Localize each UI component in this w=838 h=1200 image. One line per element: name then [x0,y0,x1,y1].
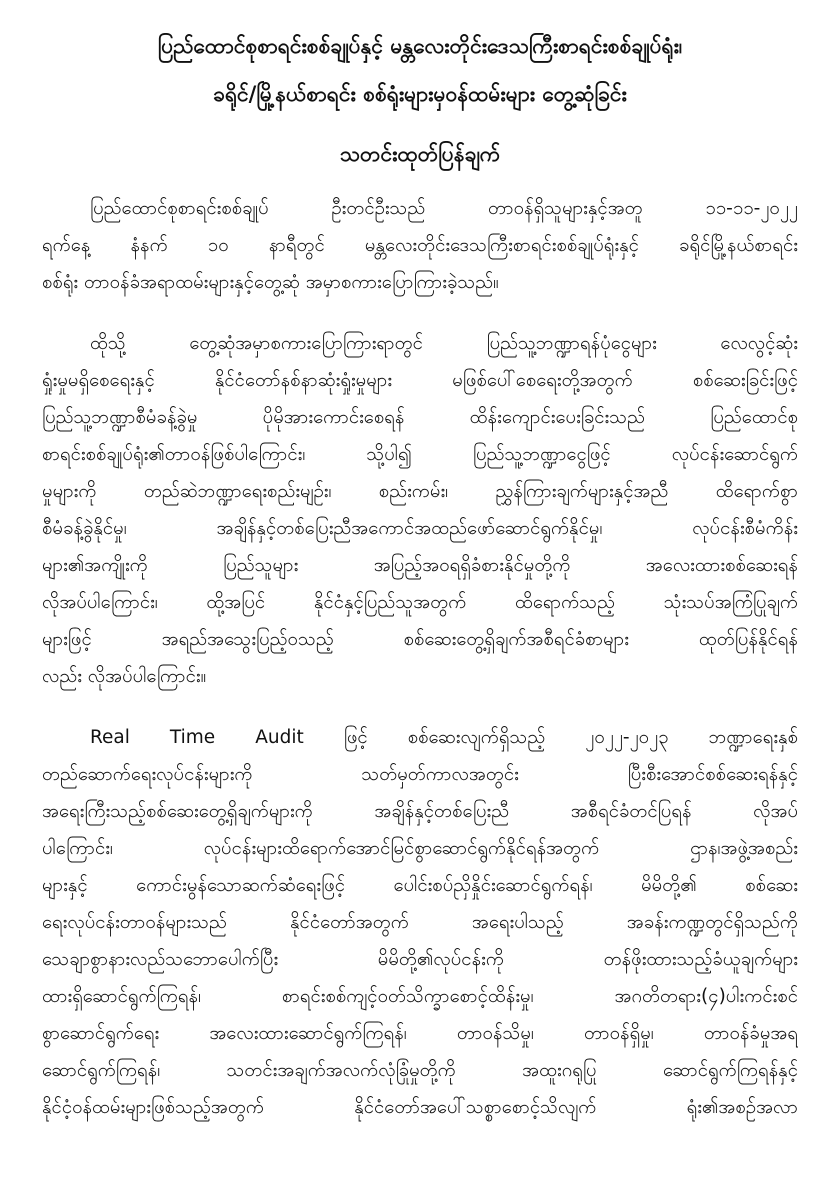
text-line: လိုအပ်ပါကြောင်း၊ ထို့အပြင် နိုင်ငံနှင့်ပ… [42,584,798,621]
text-line: ထိုသို့ တွေ့ဆုံအမှာစကားပြောကြားရာတွင် ပြ… [42,325,798,362]
text-line: အရေးကြီးသည့်စစ်ဆေးတွေ့ရှိချက်များကို အချ… [42,793,798,830]
text-line: ထားရှိဆောင်ရွက်ကြရန်၊ စာရင်းစစ်ကျင့်ဝတ်သ… [42,978,798,1015]
text-line: များနှင့် ကောင်းမွန်သောဆက်ဆံရေးဖြင့် ပေါ… [42,867,798,904]
press-release-heading: သတင်းထုတ်ပြန်ချက် [42,130,798,178]
text-line: ပြည်ထောင်စုစာရင်းစစ်ချုပ် ဦးတင်ဦးသည် တာဝ… [42,190,798,227]
text-line: စာရင်းစစ်ချုပ်ရုံး၏တာဝန်ဖြစ်ပါကြောင်း၊ သ… [42,436,798,473]
text-line: ပါကြောင်း၊ လုပ်ငန်းများထိရောက်အောင်မြင်စ… [42,830,798,867]
text-line: ရက်နေ့ နံနက် ၁၀ နာရီတွင် မန္တလေးတိုင်းဒေ… [42,227,798,264]
document-page: ပြည်ထောင်စုစာရင်းစစ်ချုပ်နှင့် မန္တလေးတိ… [0,0,838,1200]
paragraph-2: ထိုသို့ တွေ့ဆုံအမှာစကားပြောကြားရာတွင် ပြ… [42,325,798,695]
text-line: စီမံခန့်ခွဲနိုင်မှု၊ အချိန်နှင့်တစ်ပြေးည… [42,510,798,547]
text-line: ဆောင်ရွက်ကြရန်၊ သတင်းအချက်အလက်လုံခြုံမှု… [42,1052,798,1089]
text-line: များဖြင့် အရည်အသွေးပြည့်ဝသည့် စစ်ဆေးတွေ့… [42,621,798,658]
text-line: လည်း လိုအပ်ပါကြောင်း။ [42,658,798,695]
text-line: နိုင်ငံ့ဝန်ထမ်းများဖြစ်သည့်အတွက် နိုင်ငံ… [42,1089,798,1126]
text-line: သေချာစွာနားလည်သဘောပေါက်ပြီး မိမိတို့၏လုပ… [42,941,798,978]
document-title: ပြည်ထောင်စုစာရင်းစစ်ချုပ်နှင့် မန္တလေးတိ… [42,0,798,118]
paragraph-1: ပြည်ထောင်စုစာရင်းစစ်ချုပ် ဦးတင်ဦးသည် တာဝ… [42,190,798,301]
text-line: Real Time Audit ဖြင့် စစ်ဆေးလျက်ရှိသည့် … [42,719,798,756]
text-line: ရေးလုပ်ငန်းတာဝန်များသည် နိုင်ငံတော်အတွက်… [42,904,798,941]
text-line: တည်ဆောက်ရေးလုပ်ငန်းများကို သတ်မှတ်ကာလအတွ… [42,756,798,793]
text-line: များ၏အကျိုးကို ပြည်သူများ အပြည့်အဝရရှိခံ… [42,547,798,584]
text-line: စွာဆောင်ရွက်ရေး အလေးထားဆောင်ရွက်ကြရန်၊ တ… [42,1015,798,1052]
text-line: ရှုံးမှုမရှိစေရေးနှင့် နိုင်ငံတော်နစ်နာဆ… [42,362,798,399]
text-line: ပြည်သူ့ဘဏ္ဍာစီမံခန့်ခွဲမှု ပိုမိုအားကောင… [42,399,798,436]
text-line: စစ်ရုံး တာဝန်ခံအရာထမ်းများနှင့်တွေ့ဆုံ အ… [42,264,798,301]
title-line-2: ခရိုင်/မြို့နယ်စာရင်း စစ်ရုံးများမှဝန်ထမ… [42,70,798,118]
paragraph-3: Real Time Audit ဖြင့် စစ်ဆေးလျက်ရှိသည့် … [42,719,798,1126]
text-line: မှုများကို တည်ဆဲဘဏ္ဍာရေးစည်းမျဉ်း၊ စည်းက… [42,473,798,510]
title-line-1: ပြည်ထောင်စုစာရင်းစစ်ချုပ်နှင့် မန္တလေးတိ… [42,22,798,70]
